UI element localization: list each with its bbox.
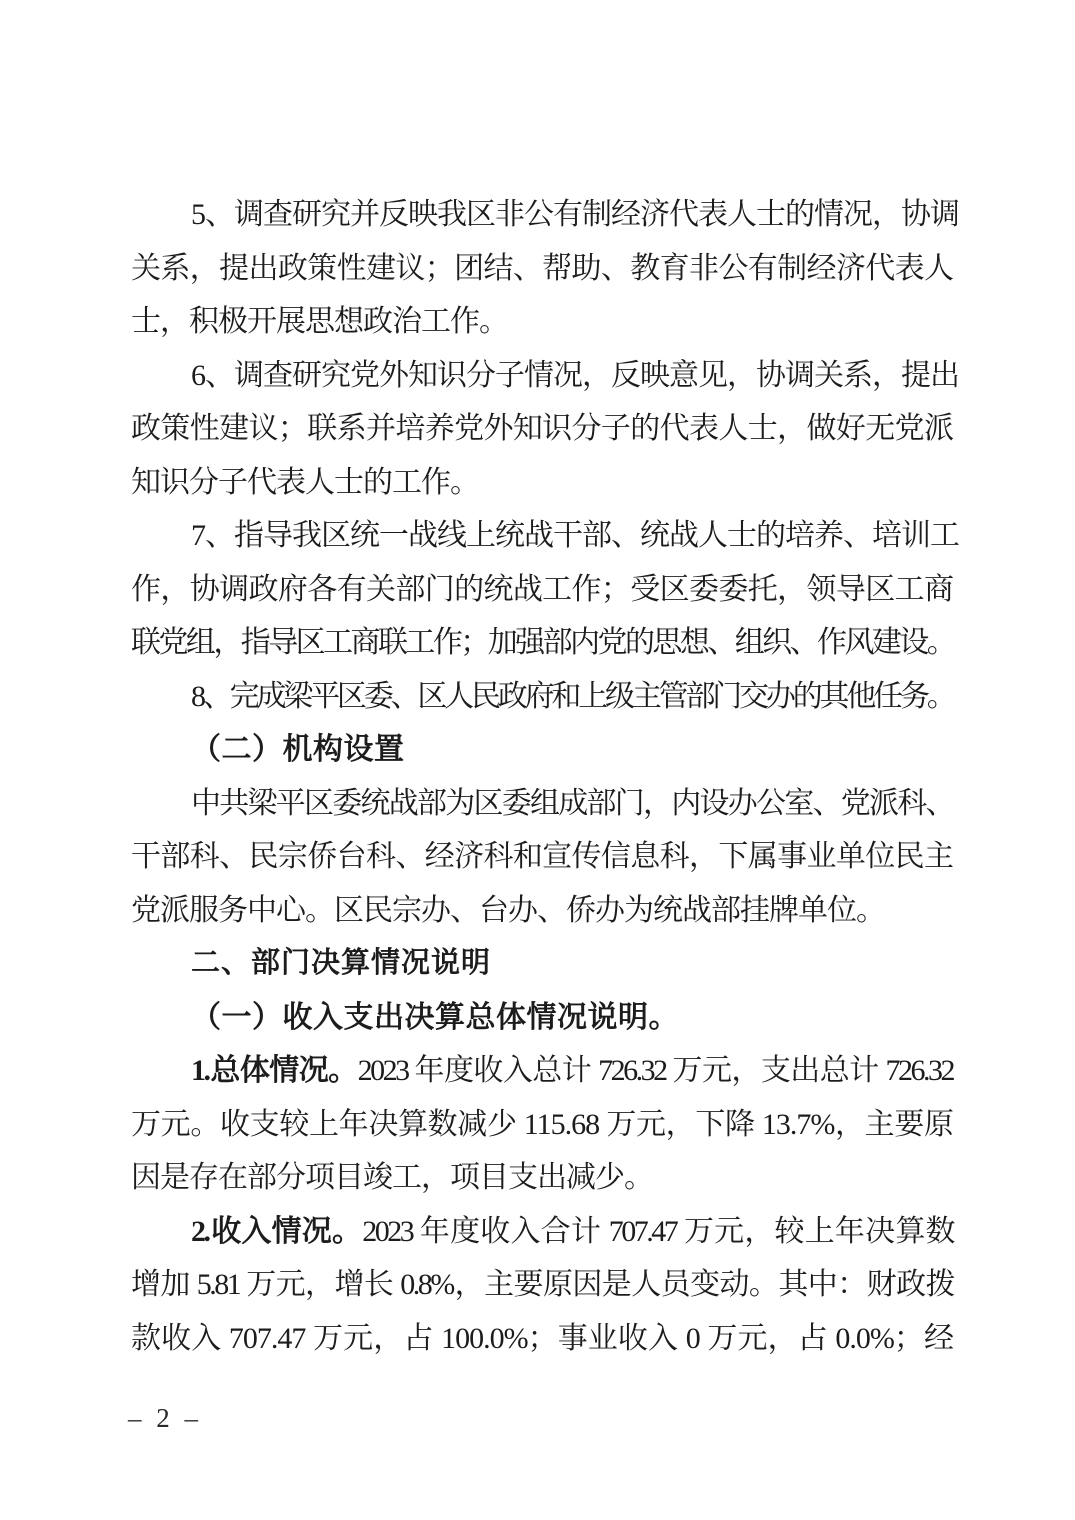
paragraph-line: 1.总体情况。2023 年度收入总计 726.32 万元，支出总计 726.32	[131, 1044, 953, 1098]
paragraph-line: 士，积极开展思想政治工作。	[131, 295, 953, 349]
paragraph-line: 政策性建议；联系并培养党外知识分子的代表人士，做好无党派	[131, 402, 953, 456]
paragraph-line: 增加 5.81 万元，增长 0.8%，主要原因是人员变动。其中：财政拨	[131, 1258, 953, 1312]
paragraph-text: 2023 年度收入总计 726.32 万元，支出总计 726.32	[358, 1054, 953, 1087]
paragraph-line: 6、调查研究党外知识分子情况，反映意见，协调关系，提出	[131, 349, 953, 403]
section-heading-final-accounts-explanation: 二、部门决算情况说明	[131, 937, 953, 991]
paragraph-text: 2023 年度收入合计 707.47 万元，较上年决算数	[362, 1215, 953, 1248]
paragraph-line: 作，协调政府各有关部门的统战工作；受区委委托，领导区工商	[131, 563, 953, 617]
paragraph-line: 2.收入情况。2023 年度收入合计 707.47 万元，较上年决算数	[131, 1205, 953, 1259]
subsection-heading-income-expense-overview: （一）收入支出决算总体情况说明。	[131, 991, 953, 1045]
paragraph-line: 因是存在部分项目竣工，项目支出减少。	[131, 1151, 953, 1205]
paragraph-line: 5、调查研究并反映我区非公有制经济代表人士的情况，协调	[131, 188, 953, 242]
paragraph-line: 款收入 707.47 万元，占 100.0%；事业收入 0 万元，占 0.0%；…	[131, 1312, 953, 1366]
paragraph-line: 干部科、民宗侨台科、经济科和宣传信息科，下属事业单位民主	[131, 830, 953, 884]
paragraph-line: 8、完成梁平区委、区人民政府和上级主管部门交办的其他任务。	[131, 670, 953, 724]
section-heading-organization-setup: （二）机构设置	[131, 723, 953, 777]
paragraph-line: 7、指导我区统一战线上统战干部、统战人士的培养、培训工	[131, 509, 953, 563]
paragraph-line: 党派服务中心。区民宗办、台办、侨办为统战部挂牌单位。	[131, 884, 953, 938]
document-page: 5、调查研究并反映我区非公有制经济代表人士的情况，协调 关系，提出政策性建议；团…	[0, 0, 1075, 1520]
runin-heading-overall-situation: 1.总体情况。	[191, 1054, 358, 1087]
paragraph-line: 万元。收支较上年决算数减少 115.68 万元，下降 13.7%，主要原	[131, 1098, 953, 1152]
paragraph-line: 中共梁平区委统战部为区委组成部门，内设办公室、党派科、	[131, 777, 953, 831]
page-number: – 2 –	[128, 1398, 202, 1438]
paragraph-line: 知识分子代表人士的工作。	[131, 456, 953, 510]
paragraph-line: 联党组，指导区工商联工作；加强部内党的思想、组织、作风建设。	[131, 616, 953, 670]
document-body: 5、调查研究并反映我区非公有制经济代表人士的情况，协调 关系，提出政策性建议；团…	[131, 188, 953, 1365]
runin-heading-income-situation: 2.收入情况。	[191, 1215, 362, 1248]
paragraph-line: 关系，提出政策性建议；团结、帮助、教育非公有制经济代表人	[131, 242, 953, 296]
